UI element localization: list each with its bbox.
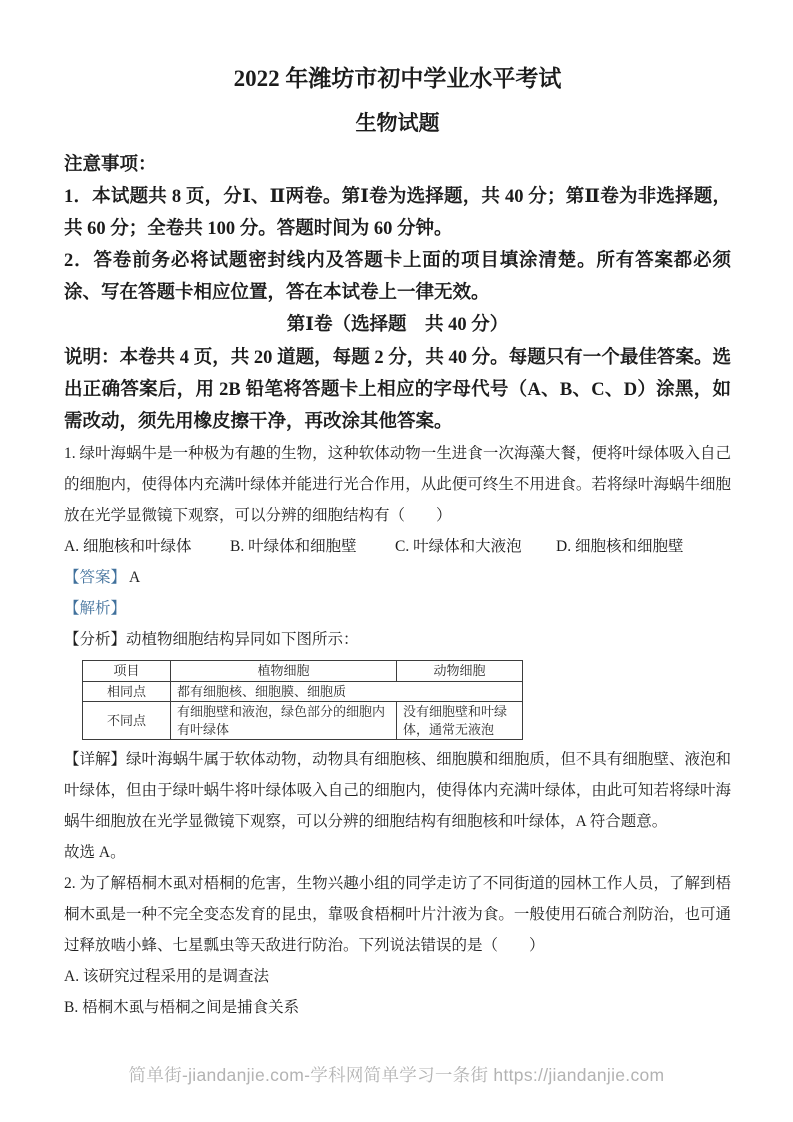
table-row-similarities-label: 相同点 — [83, 681, 171, 702]
notice-item-2: 2．答卷前务必将试题密封线内及答题卡上面的项目填涂清楚。所有答案都必须涂、写在答… — [64, 245, 731, 309]
question-1-option-d: D. 细胞核和细胞壁 — [556, 531, 731, 562]
notice-heading: 注意事项： — [64, 149, 731, 181]
exam-document-page: 2022 年潍坊市初中学业水平考试 生物试题 注意事项： 1．本试题共 8 页，… — [0, 0, 793, 1122]
cell-comparison-table: 项目 植物细胞 动物细胞 相同点 都有细胞核、细胞膜、细胞质 不同点 有细胞壁和… — [82, 660, 523, 740]
analysis-section-line: 【解析】 — [64, 593, 731, 624]
section-1-heading: 第Ⅰ卷（选择题 共 40 分） — [64, 309, 731, 342]
table-header-row: 项目 植物细胞 动物细胞 — [83, 661, 523, 682]
question-1-options: A. 细胞核和叶绿体 B. 叶绿体和细胞壁 C. 叶绿体和大液泡 D. 细胞核和… — [64, 531, 731, 562]
question-1-stem: 1. 绿叶海蜗牛是一种极为有趣的生物，这种软体动物一生进食一次海藻大餐，便将叶绿… — [64, 438, 731, 531]
analysis-intro: 【分析】动植物细胞结构异同如下图所示： — [64, 624, 731, 655]
table-cell-differences-animal: 没有细胞壁和叶绿体，通常无液泡 — [397, 702, 523, 740]
answer-value: A — [129, 569, 140, 586]
footer-watermark: 简单街-jiandanjie.com-学科网简单学习一条街 https://ji… — [0, 1062, 793, 1087]
table-cell-similarities: 都有细胞核、细胞膜、细胞质 — [171, 681, 523, 702]
question-1-option-a: A. 细胞核和叶绿体 — [64, 531, 230, 562]
conclusion-line: 故选 A。 — [64, 837, 731, 868]
question-1-option-c: C. 叶绿体和大液泡 — [395, 531, 556, 562]
analysis-label: 【解析】 — [64, 600, 126, 617]
table-header-item: 项目 — [83, 661, 171, 682]
document-title: 2022 年潍坊市初中学业水平考试 — [64, 64, 731, 94]
table-header-animal-cell: 动物细胞 — [397, 661, 523, 682]
question-2-option-a: A. 该研究过程采用的是调查法 — [64, 961, 731, 992]
section-1-instructions: 说明：本卷共 4 页，共 20 道题，每题 2 分，共 40 分。每题只有一个最… — [64, 342, 731, 438]
table-cell-differences-plant: 有细胞壁和液泡，绿色部分的细胞内有叶绿体 — [171, 702, 397, 740]
question-1-option-b: B. 叶绿体和细胞壁 — [230, 531, 395, 562]
answer-line: 【答案】A — [64, 562, 731, 593]
table-row-differences: 不同点 有细胞壁和液泡，绿色部分的细胞内有叶绿体 没有细胞壁和叶绿体，通常无液泡 — [83, 702, 523, 740]
notice-item-1: 1．本试题共 8 页，分Ⅰ、Ⅱ两卷。第Ⅰ卷为选择题，共 40 分；第Ⅱ卷为非选择… — [64, 181, 731, 245]
question-2-option-b: B. 梧桐木虱与梧桐之间是捕食关系 — [64, 992, 731, 1023]
document-subtitle: 生物试题 — [64, 110, 731, 137]
table-row-similarities: 相同点 都有细胞核、细胞膜、细胞质 — [83, 681, 523, 702]
table-row-differences-label: 不同点 — [83, 702, 171, 740]
table-header-plant-cell: 植物细胞 — [171, 661, 397, 682]
detail-explanation: 【详解】绿叶海蜗牛属于软体动物，动物具有细胞核、细胞膜和细胞质，但不具有细胞壁、… — [64, 744, 731, 837]
question-2-stem: 2. 为了解梧桐木虱对梧桐的危害，生物兴趣小组的同学走访了不同街道的园林工作人员… — [64, 868, 731, 961]
answer-label: 【答案】 — [64, 569, 126, 586]
